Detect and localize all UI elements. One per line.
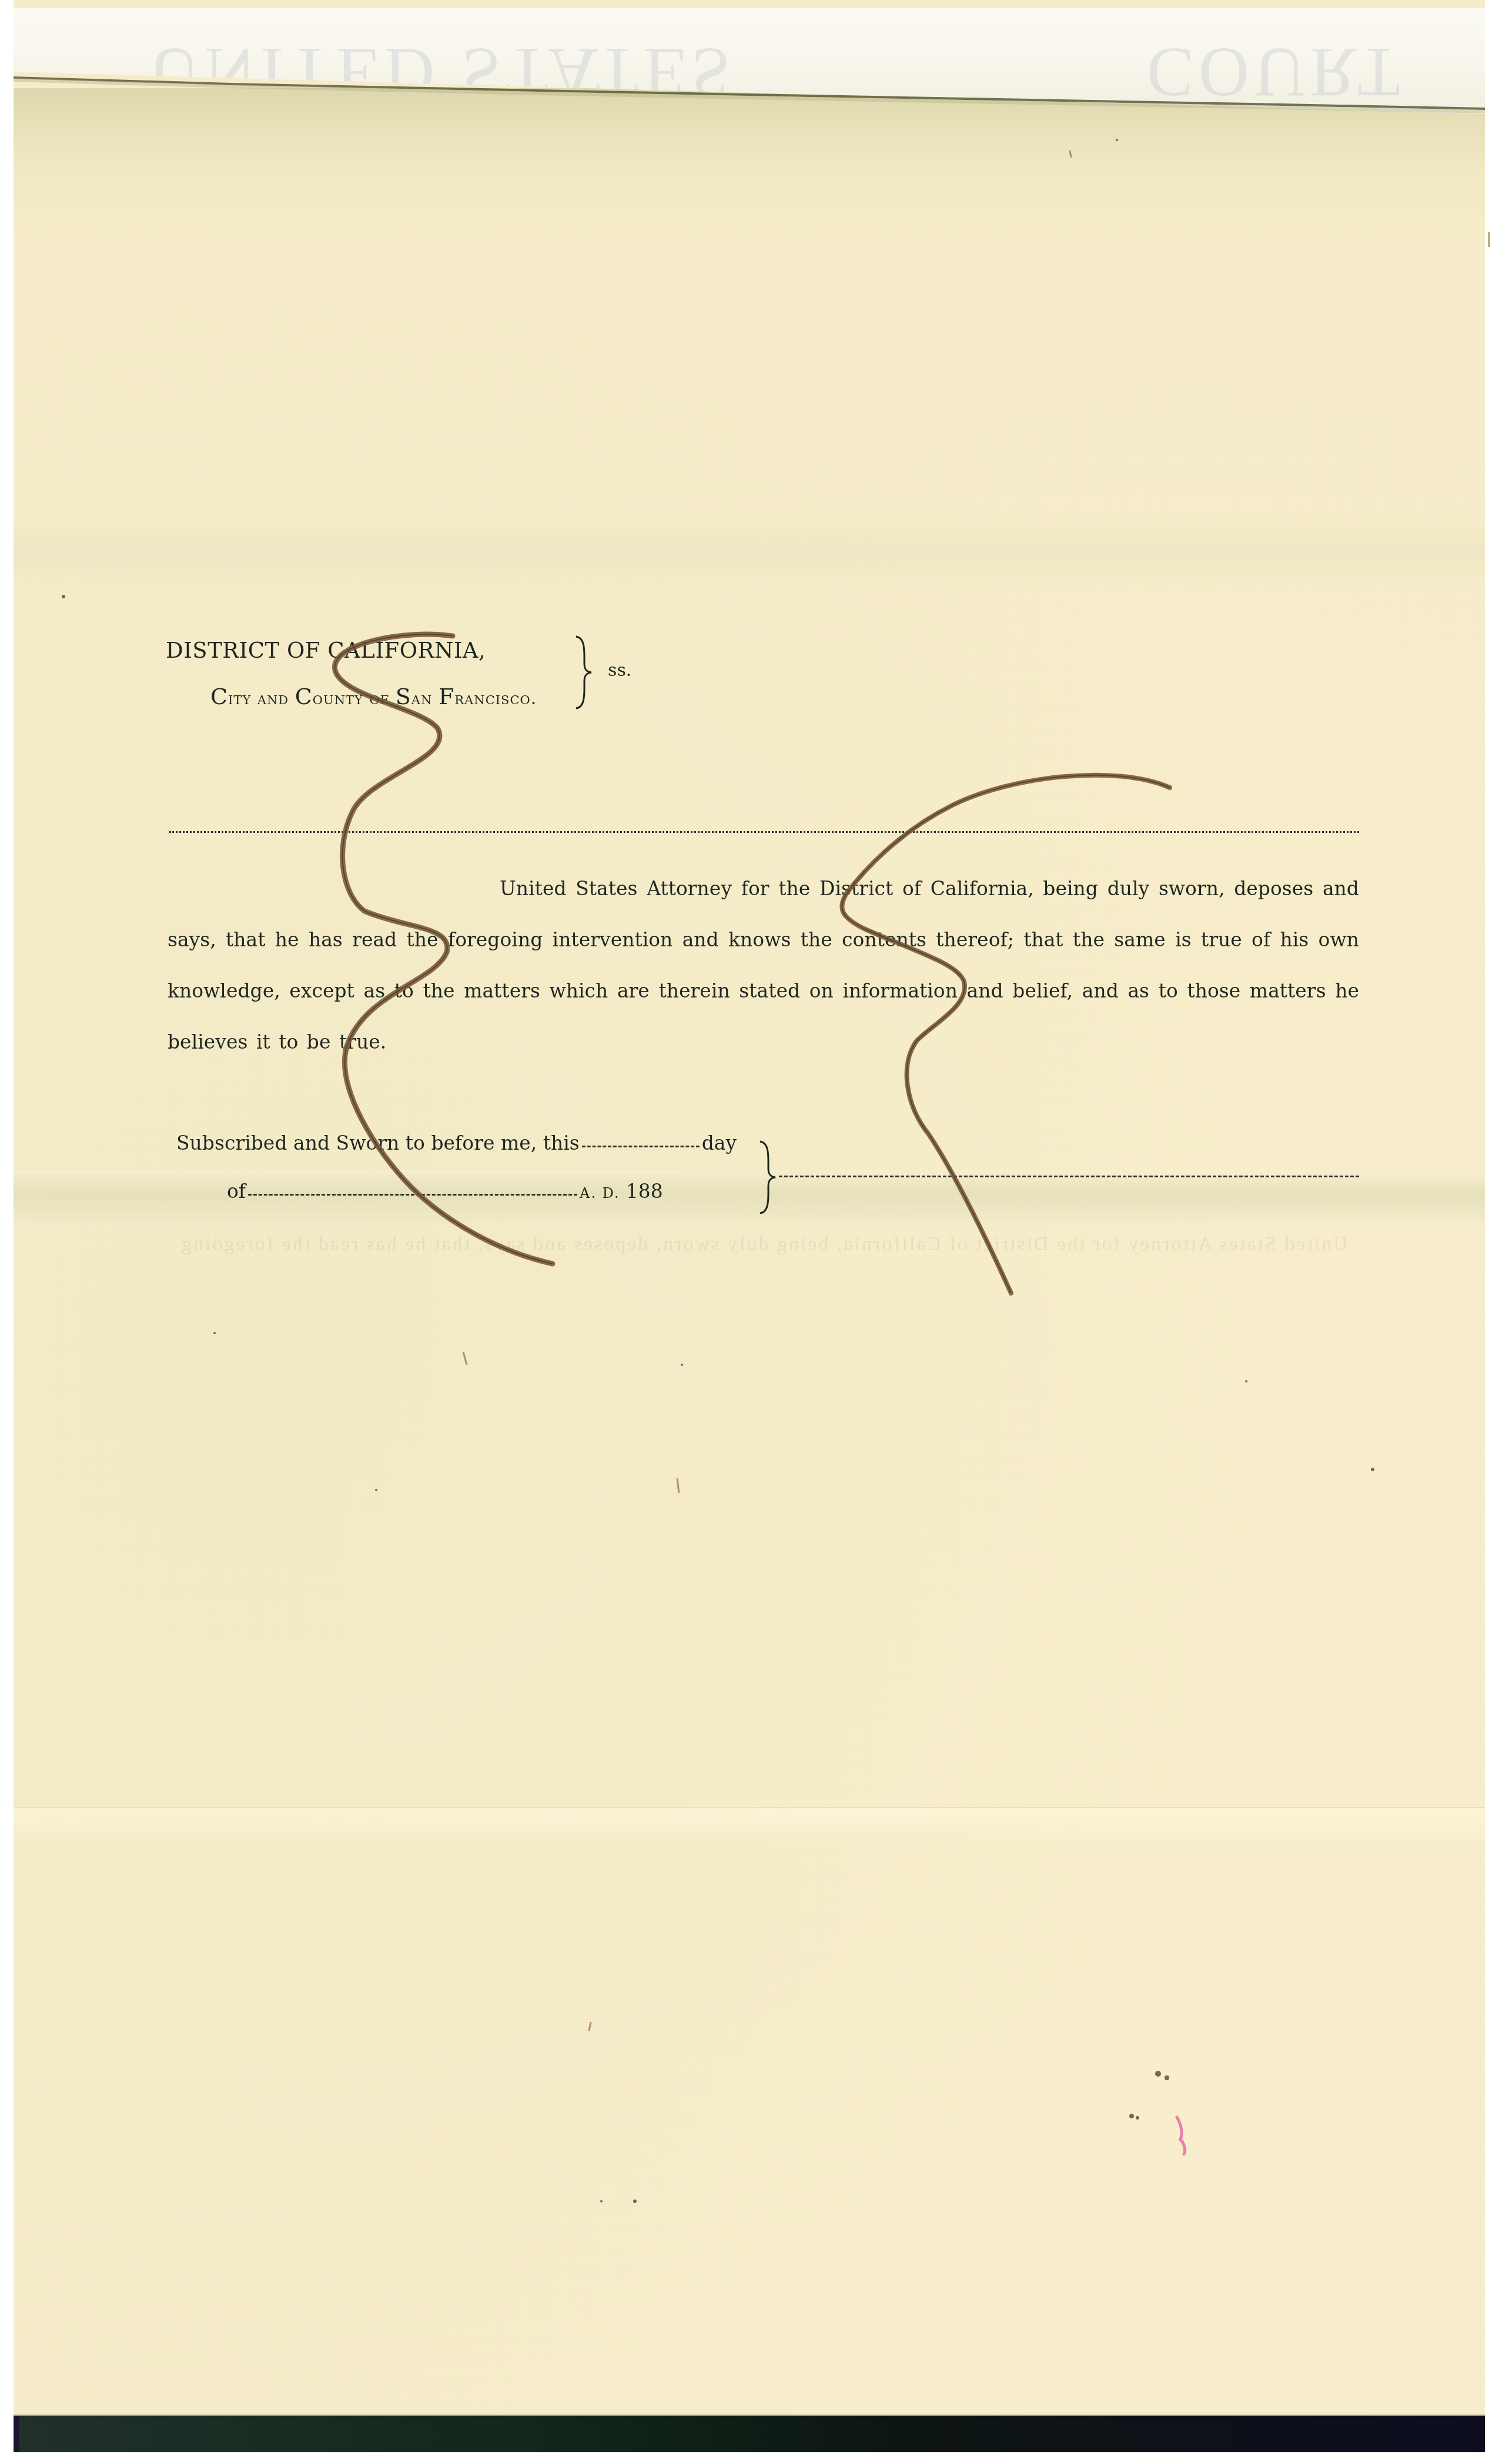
month-blank[interactable] [248, 1188, 577, 1196]
ghost-header-right: COURT [1147, 34, 1406, 112]
venue-city-county: City and County of San Francisco. [210, 684, 537, 709]
jurat-brace-icon [757, 1139, 780, 1216]
signature-blank[interactable] [779, 1176, 1359, 1177]
venue-caption: DISTRICT OF CALIFORNIA, City and County … [166, 638, 486, 663]
reverse-side-bleedthrough: United States Attorney for the District … [172, 1233, 1348, 1256]
venue-district: DISTRICT OF CALIFORNIA, [166, 638, 486, 663]
fold-crease [14, 1807, 1485, 1809]
scanner-bed-edge [14, 2415, 1485, 2452]
jurat-line-2: of A. D. 188 [227, 1180, 663, 1203]
flap-shadow [14, 88, 1485, 241]
scilicet-ss: ss. [608, 660, 631, 681]
signature-value [779, 1181, 1359, 1182]
document-sheet: UNITED STATESCOURT United States Attorne… [14, 0, 1485, 2451]
affidavit-body: United States Attorney for the District … [168, 863, 1359, 1067]
deponent-name-blank[interactable] [169, 831, 1359, 833]
day-blank[interactable] [582, 1140, 700, 1147]
right-brace-icon [573, 634, 596, 711]
year-prefix: 188 [626, 1180, 663, 1203]
affidavit-text: United States Attorney for the District … [168, 877, 1359, 1053]
jurat-line-1: Subscribed and Sworn to before me, this … [176, 1131, 737, 1154]
paper-tone [14, 0, 1485, 2451]
fold-shading-upper [14, 517, 1485, 588]
fold-highlight [14, 1809, 1485, 1844]
